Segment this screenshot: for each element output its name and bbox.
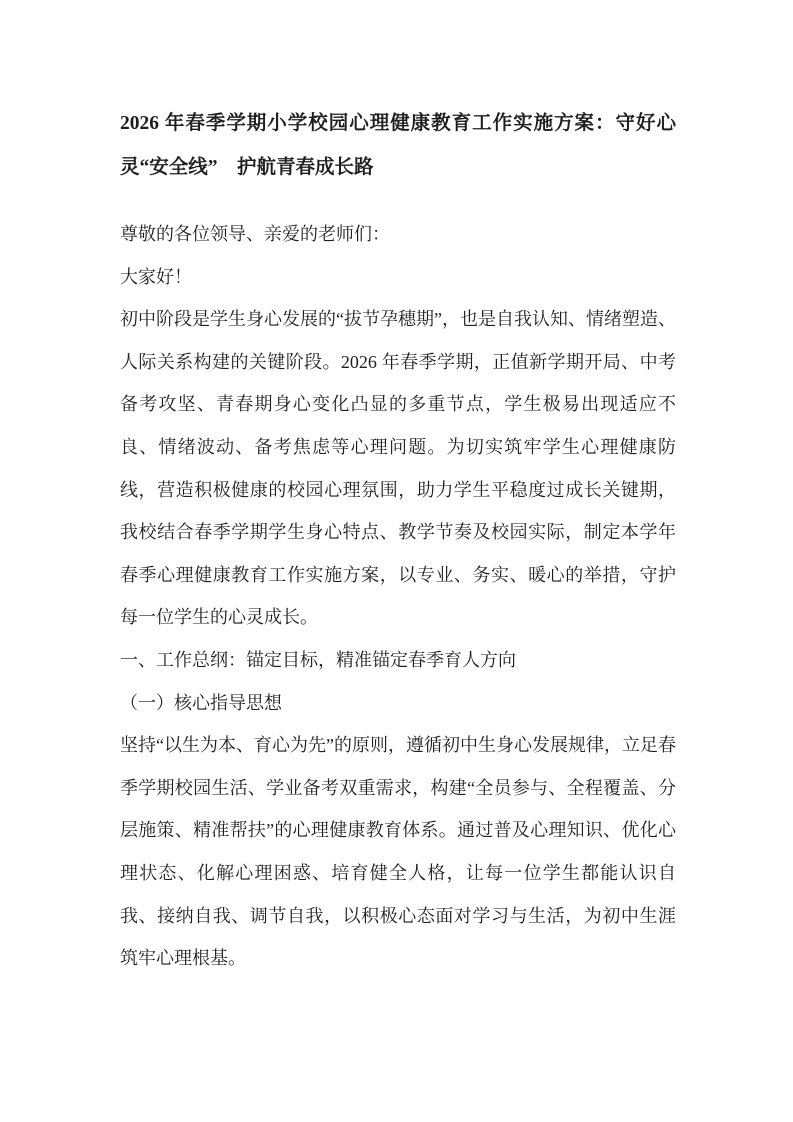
section-1-1-body-paragraph: 坚持“以生为本、育心为先”的原则，遵循初中生身心发展规律，立足春季学期校园生活、…: [120, 724, 676, 980]
section-1-heading: 一、工作总纲：锚定目标，精准锚定春季育人方向: [120, 639, 676, 682]
salutation-line: 尊敬的各位领导、亲爱的老师们：: [120, 213, 676, 256]
document-page: 2026 年春季学期小学校园心理健康教育工作实施方案：守好心灵“安全线” 护航青…: [0, 0, 793, 1122]
document-title: 2026 年春季学期小学校园心理健康教育工作实施方案：守好心灵“安全线” 护航青…: [120, 102, 676, 189]
greeting-line: 大家好！: [120, 256, 676, 299]
intro-paragraph: 初中阶段是学生身心发展的“拔节孕穗期”，也是自我认知、情绪塑造、人际关系构建的关…: [120, 298, 676, 639]
section-1-1-heading: （一）核心指导思想: [120, 682, 676, 725]
